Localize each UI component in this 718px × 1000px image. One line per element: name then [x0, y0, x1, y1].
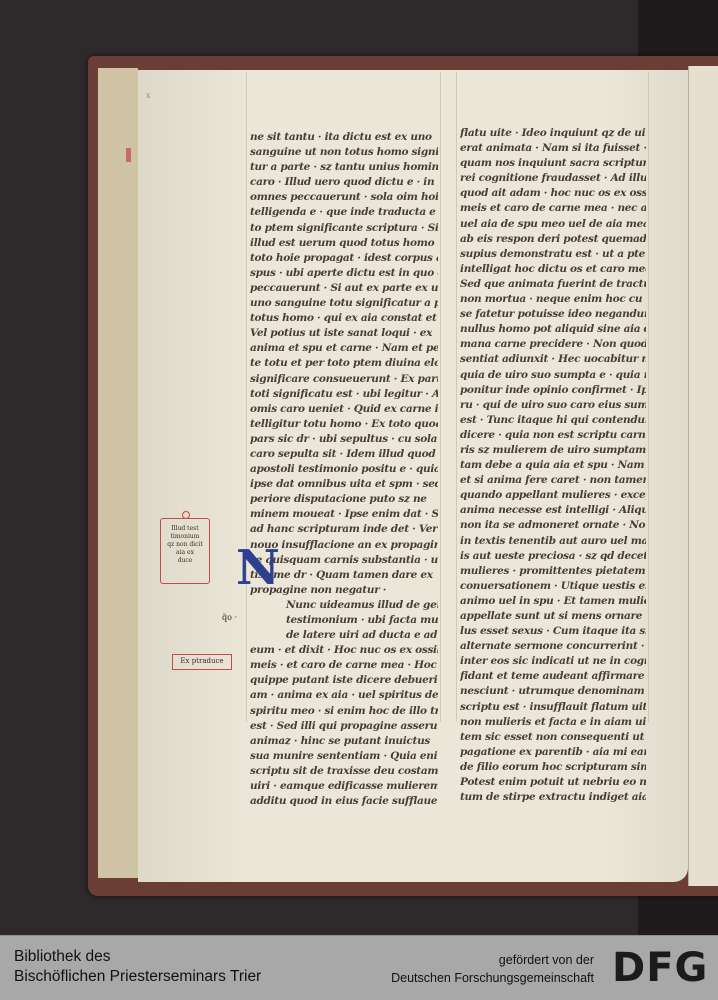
text-line: uno sanguine totu significatur a parte ·… — [250, 296, 438, 311]
text-line: anima necesse est intelligi · Aliquoquin — [460, 503, 646, 518]
margin-note-red-box: Ex ptraduce — [172, 654, 232, 670]
ruling-line — [440, 72, 441, 722]
text-line: pagatione ex parentib · aia mi eam — [460, 745, 646, 760]
text-line: quam nos inquiunt sacra scriptura huius — [460, 156, 646, 171]
text-line: Nunc uideamus illud de genesi — [250, 598, 438, 613]
text-line: supius demonstratu est · ut a pte totum — [460, 247, 646, 262]
text-line: sanguine ut non totus homo significe — [250, 145, 438, 160]
text-line: pars sic dr · ubi sepultus · cu sola eiu… — [250, 432, 438, 447]
text-line: ipse dat omnibus uita et spm · sedm su — [250, 477, 438, 492]
library-line-2: Bischöflichen Priesterseminars Trier — [14, 967, 261, 987]
footer-banner: Bibliothek des Bischöflichen Priestersem… — [0, 935, 718, 1000]
folio-mark: x — [146, 90, 151, 100]
text-line: non mulieris et facta e in aiam uiuen — [460, 715, 646, 730]
note-line: timonium — [161, 533, 209, 541]
text-line: mana carne precidere · Non quod admo — [460, 337, 646, 352]
text-line: et si anima fere caret · non tamen — [460, 473, 646, 488]
text-line: toti significatu est · ubi legitur · Ad … — [250, 387, 438, 402]
red-tab-mark — [126, 148, 131, 162]
margin-note-small: q̃o · — [222, 613, 237, 622]
funding-line-1: gefördert von der — [391, 951, 594, 969]
text-line: telligenda e · que inde traducta e · a t… — [250, 205, 438, 220]
funding-line-2: Deutschen Forschungsgemeinschaft — [391, 969, 594, 987]
ruling-line — [456, 72, 457, 722]
text-line: dicere · quia non est scriptu carne muli… — [460, 428, 646, 443]
text-line: est · Sed illi qui propagine asserunt — [250, 719, 438, 734]
text-line: meis et caro de carne mea · nec ait spu — [460, 201, 646, 216]
text-line: de latere uiri ad ducta e ad — [250, 628, 438, 643]
text-line: tem sic esset non consequenti ut no pro — [460, 730, 646, 745]
text-line: caro sepulta sit · Idem illud quod in ho… — [250, 447, 438, 462]
text-line: Vel potius ut iste sanat loqui · ex — [250, 326, 438, 341]
text-line: sentiat adiunxit · Hec uocabitur mulier — [460, 352, 646, 367]
text-line: animo uel in spu · Et tamen mulieres — [460, 594, 646, 609]
text-line: minem moueat · Ipse enim dat · Sed — [250, 507, 438, 522]
note-hook-icon — [182, 511, 190, 519]
text-line: am · anima ex aia · uel spiritus de — [250, 688, 438, 703]
text-line: nesciunt · utrumque denominam · Ibi enim — [460, 684, 646, 699]
text-line: tum de stirpe extractu indiget aiari — [460, 790, 646, 805]
text-line: significare consueuerunt · Ex parte enim — [250, 372, 438, 387]
facing-leaf — [688, 66, 718, 886]
note-line: duce — [161, 557, 209, 565]
text-line: mulieres · promittentes pietatem p bona — [460, 564, 646, 579]
funding-credit: gefördert von der Deutschen Forschungsge… — [391, 951, 594, 987]
text-line: anima et spu et carne · Nam et per par — [250, 341, 438, 356]
text-line: non ita se admoneret ornate · Non — [460, 518, 646, 533]
text-line: spiritu meo · si enim hoc de illo tracti — [250, 704, 438, 719]
pastedown-strip — [98, 68, 138, 878]
text-line: periore disputacione puto sz ne — [250, 492, 438, 507]
text-line: flatu uite · Ideo inquiunt qz de uiro fu — [460, 126, 646, 141]
text-line: lus esset sexus · Cum itaque ita sit int… — [460, 624, 646, 639]
text-line: to ptem significante scriptura · Si aute — [250, 221, 438, 236]
text-line: quippe putant iste dicere debuerit ad — [250, 673, 438, 688]
text-line: spus · ubi aperte dictu est in quo omes — [250, 266, 438, 281]
text-line: toto hoie propagat · idest corpus aia et — [250, 251, 438, 266]
text-line: erat animata · Nam si ita fuisset · nequ… — [460, 141, 646, 156]
text-line: totus homo · qui ex aia constat et carne — [250, 311, 438, 326]
text-line: in textis tenentib aut auro uel margarit — [460, 534, 646, 549]
text-line: apostoli testimonio positu e · quia — [250, 462, 438, 477]
text-line: ru · qui de uiro suo caro eius sumpta — [460, 398, 646, 413]
text-line: inter eos sic indicati ut ne in cognitis — [460, 654, 646, 669]
manuscript-photo: x ne sit tantu · ita dictu est ex unosan… — [0, 0, 718, 935]
text-line: tam debe a quia aia et spu · Nam — [460, 458, 646, 473]
text-line: non mortua · neque enim hoc cu propheten — [460, 292, 646, 307]
text-line: illud est uerum quod totus homo ex — [250, 236, 438, 251]
text-line: fidant et teme audeant affirmare qd — [460, 669, 646, 684]
text-line: additu quod in eius facie sufflauerit — [250, 794, 438, 809]
text-line: appellate sunt ut si mens ornare · nbi n… — [460, 609, 646, 624]
text-line: meis · et caro de carne mea · Hoc — [250, 658, 438, 673]
text-line: scriptu est · insufflauit flatum uite · … — [460, 700, 646, 715]
text-line: est · Tunc itaque hi qui contendunt pre — [460, 413, 646, 428]
library-name: Bibliothek des Bischöflichen Priestersem… — [14, 947, 261, 987]
text-line: Sed que animata fuerint de tractu — [460, 277, 646, 292]
note-line: qz non dicit — [161, 541, 209, 549]
text-line: ne sit tantu · ita dictu est ex uno — [250, 130, 438, 145]
text-line: omis caro ueniet · Quid ex carne in — [250, 402, 438, 417]
text-line: intelligat hoc dictu os et caro meo · — [460, 262, 646, 277]
text-line: te totu et per toto ptem diuina eloq — [250, 356, 438, 371]
text-line: rei cognitione fraudasset · Ad illud uer… — [460, 171, 646, 186]
text-line: uel aia de spu meo uel de aia mea · sic — [460, 217, 646, 232]
text-line: nullus homo pot aliquid sine aia de hu — [460, 322, 646, 337]
text-line: scriptu sit de traxisse deu costam de la… — [250, 764, 438, 779]
text-column-left: ne sit tantu · ita dictu est ex unosangu… — [250, 130, 438, 809]
text-line: testimonium · ubi facta mulier — [250, 613, 438, 628]
text-line: telligitur totu homo · Ex toto quoque — [250, 417, 438, 432]
ruling-line — [648, 72, 649, 722]
blue-initial: N — [236, 550, 292, 586]
text-line: ponitur inde opinio confirmet · Ipso — [460, 383, 646, 398]
text-line: alternate sermone concurrerint · ergo — [460, 639, 646, 654]
text-line: tur a parte · sz tantu unius hominis — [250, 160, 438, 175]
text-line: quod ait adam · hoc nuc os ex ossibus — [460, 186, 646, 201]
text-line: is aut ueste preciosa · sz qd decet mul — [460, 549, 646, 564]
text-line: se fatetur potuisse ideo negandum e · qu… — [460, 307, 646, 322]
text-line: eum · et dixit · Hoc nuc os ex ossib — [250, 643, 438, 658]
text-line: conuersationem · Utique uestis enim e in — [460, 579, 646, 594]
note-line: aia ex — [161, 549, 209, 557]
text-line: peccauerunt · Si aut ex parte ex uno — [250, 281, 438, 296]
note-line: Illud test — [161, 525, 209, 533]
text-line: animaz · hinc se putant inuictus — [250, 734, 438, 749]
library-line-1: Bibliothek des — [14, 947, 261, 967]
text-column-right: flatu uite · Ideo inquiunt qz de uiro fu… — [460, 126, 646, 805]
margin-note-boxed: Illud testtimoniumqz non dicitaia exduce — [160, 518, 210, 584]
text-line: Potest enim potuit ut nebriu eo no — [460, 775, 646, 790]
dfg-logo: DFG — [612, 948, 708, 988]
text-line: de filio eorum hoc scripturam simili leg… — [460, 760, 646, 775]
text-line: uiri · eamque edificasse mulierem · no e — [250, 779, 438, 794]
text-line: sua munire sententiam · Quia enim — [250, 749, 438, 764]
text-line: ad hanc scripturam inde det · Verum ex — [250, 522, 438, 537]
text-line: omnes peccauerunt · sola oim hoim caro i… — [250, 190, 438, 205]
text-line: caro · Illud uero quod dictu e · in quo — [250, 175, 438, 190]
text-line: quia de uiro suo sumpta e · quia non ait — [460, 368, 646, 383]
text-line: ris sz mulierem de uiro sumptam · iuxta — [460, 443, 646, 458]
text-line: ab eis respon deri potest quemadmodum — [460, 232, 646, 247]
text-line: quando appellant mulieres · excepta — [460, 488, 646, 503]
ruling-line — [246, 72, 247, 722]
